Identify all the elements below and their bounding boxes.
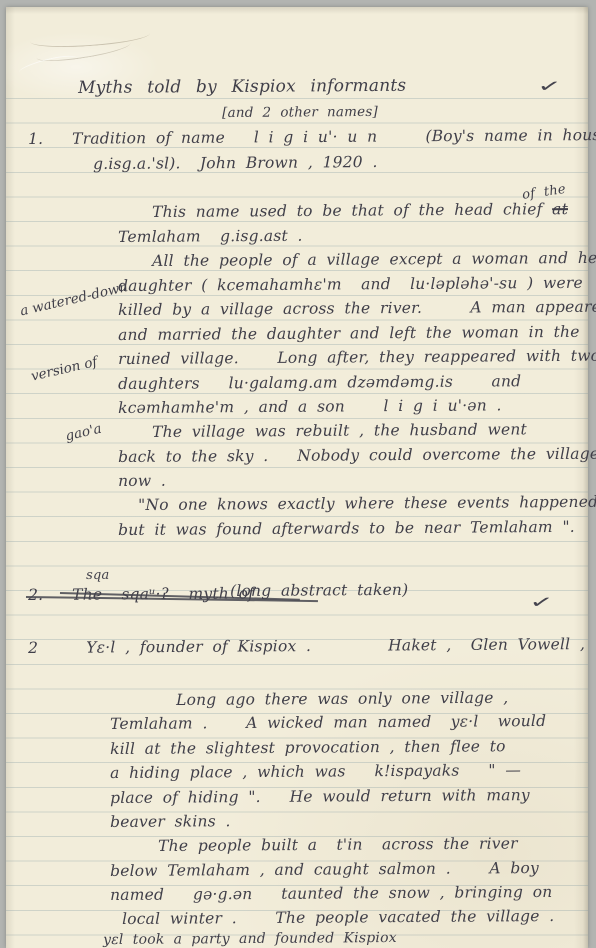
paragraph-line: kill at the slightest provocation , then…	[110, 736, 506, 759]
paragraph-line: Temlaham . A wicked man named yε·l would	[110, 711, 546, 734]
margin-note-line: gao'a	[63, 405, 160, 448]
paragraph-line: The village was rebuilt , the husband we…	[152, 419, 527, 442]
paragraph-line: "No one knows exactly where these events…	[138, 492, 596, 515]
paragraph-line: killed by a village across the river. A …	[118, 297, 596, 320]
paragraph-line: Temlaham g.isg.ast .	[118, 226, 303, 247]
entry-1-heading: 1. Tradition of name l i g i u'· u n (Bo…	[28, 124, 596, 149]
paragraph-line: The people built a t'in across the river	[158, 833, 518, 856]
checkmark-top: ✓	[537, 76, 563, 98]
paragraph-line: yεl took a party and founded Kispiox	[103, 928, 397, 948]
checkmark-middle: ✓	[529, 592, 555, 614]
paragraph-line: back to the sky . Nobody could overcome …	[118, 444, 596, 467]
correction-above-strike: sqa	[86, 566, 109, 586]
margin-note-line: a watered-down	[18, 276, 130, 322]
entry-1-heading-cont: g.isg.a.'sl). John Brown , 1920 .	[93, 152, 378, 174]
paragraph-line: kcəmhamhe'm , and a son l i g i u'·ən .	[118, 395, 502, 418]
paragraph-line: daughters lu·galamg.am dzəmdəmg.is and	[118, 371, 521, 394]
page-title: Myths told by Kispiox informants	[78, 76, 406, 98]
struck-heading-annotation: (long abstract taken)	[230, 580, 408, 601]
entry-2-heading: 2 Yε·l , founder of Kispiox . Haket , Gl…	[28, 634, 596, 658]
paragraph-line: place of hiding ". He would return with …	[110, 785, 530, 808]
paragraph-line: below Temlaham , and caught salmon . A b…	[110, 858, 539, 881]
margin-note-line: version of	[29, 340, 145, 387]
paragraph-line: beaver skins .	[110, 811, 231, 832]
paragraph-line: local winter . The people vacated the vi…	[122, 906, 554, 929]
paragraph-line: a hiding place , which was k!ispayaks " …	[110, 760, 521, 783]
text-run: This name used to be that of the head ch…	[152, 200, 552, 221]
title-insertion-note: [and 2 other names]	[222, 102, 378, 123]
paragraph-line: ruined village. Long after, they reappea…	[118, 346, 596, 369]
paragraph-line: named gə·g.ən taunted the snow , bringin…	[110, 882, 552, 905]
paragraph-line: now .	[118, 471, 166, 491]
paragraph-line: Long ago there was only one village ,	[176, 688, 508, 710]
paragraph-line: All the people of a village except a wom…	[152, 248, 596, 271]
struck-word: at	[552, 200, 568, 218]
paragraph-line: daughter ( kcemahamhε'm and lu·ləpləhə'-…	[118, 273, 583, 296]
paragraph-line: and married the daughter and left the wo…	[118, 322, 580, 345]
paragraph-line: This name used to be that of the head ch…	[152, 199, 568, 222]
paragraph-line: but it was found afterwards to be near T…	[118, 517, 575, 540]
